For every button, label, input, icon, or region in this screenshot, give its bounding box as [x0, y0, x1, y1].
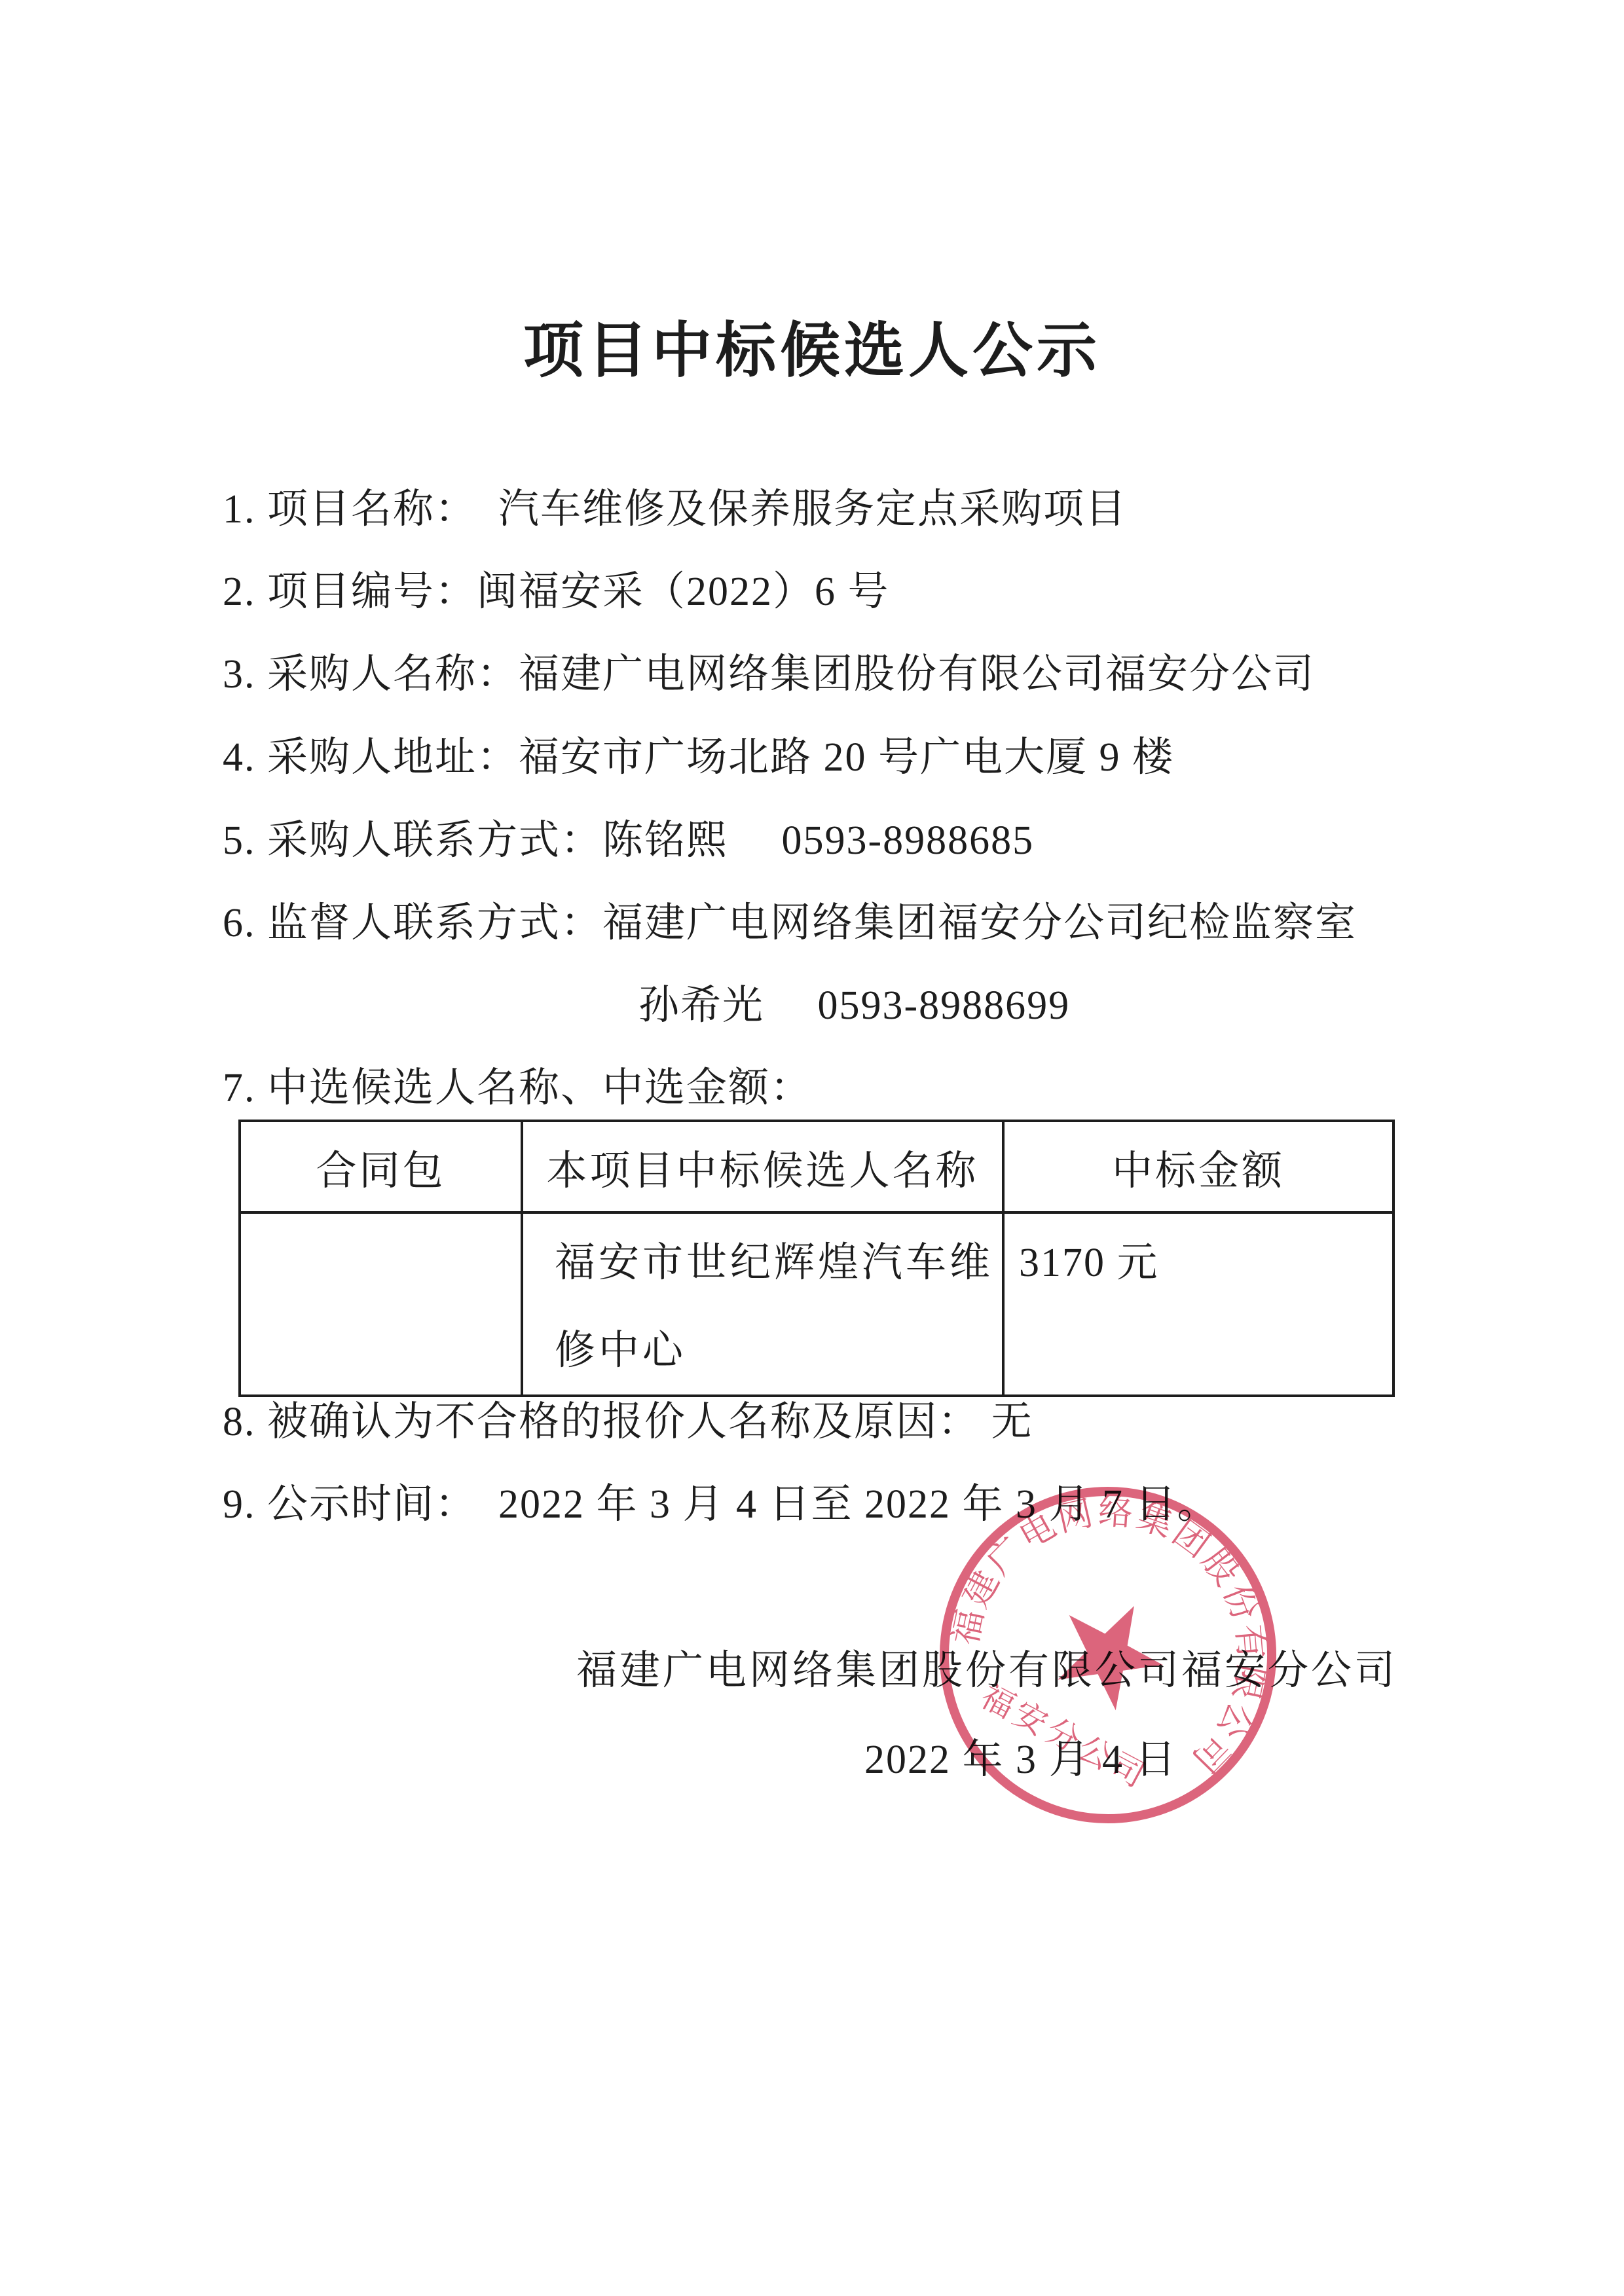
table-row: 福安市世纪辉煌汽车维修中心 3170 元 — [240, 1212, 1393, 1396]
table-header-package: 合同包 — [240, 1121, 522, 1212]
list-item-1-project-name: 1. 项目名称： 汽车维修及保养服务定点采购项目 — [223, 486, 1127, 533]
table-header-row: 合同包 本项目中标候选人名称 中标金额 — [240, 1121, 1393, 1212]
document-page: 项目中标候选人公示 1. 项目名称： 汽车维修及保养服务定点采购项目 2. 项目… — [0, 0, 1624, 2296]
page-title: 项目中标候选人公示 — [0, 302, 1624, 389]
signature-company: 福建广电网络集团股份有限公司福安分公司 — [576, 1647, 1397, 1694]
list-item-6-supervisor-contact-line2: 孙希光 0593-8988699 — [638, 982, 1070, 1029]
list-item-4-purchaser-address: 4. 采购人地址：福安市广场北路 20 号广电大厦 9 楼 — [223, 734, 1174, 781]
table-header-candidate: 本项目中标候选人名称 — [522, 1121, 1003, 1212]
candidates-table: 合同包 本项目中标候选人名称 中标金额 福安市世纪辉煌汽车维修中心 3170 元 — [238, 1120, 1395, 1397]
cell-amount: 3170 元 — [1003, 1212, 1393, 1396]
list-item-9-publicity-period: 9. 公示时间： 2022 年 3 月 4 日至 2022 年 3 月 7 日。 — [223, 1481, 1219, 1528]
cell-package — [240, 1212, 522, 1396]
list-item-5-purchaser-contact: 5. 采购人联系方式：陈铭熙 0593-8988685 — [223, 817, 1034, 864]
list-item-2-project-number: 2. 项目编号：闽福安采（2022）6 号 — [223, 568, 890, 615]
list-item-8-disqualified: 8. 被确认为不合格的报价人名称及原因： 无 — [223, 1398, 1033, 1446]
list-item-6-supervisor-contact: 6. 监督人联系方式：福建广电网络集团福安分公司纪检监察室 — [223, 900, 1357, 947]
signature-date: 2022 年 3 月 4 日 — [864, 1736, 1177, 1783]
cell-candidate: 福安市世纪辉煌汽车维修中心 — [522, 1212, 1003, 1396]
list-item-3-purchaser-name: 3. 采购人名称：福建广电网络集团股份有限公司福安分公司 — [223, 651, 1315, 698]
list-item-7-candidates-heading: 7. 中选候选人名称、中选金额： — [223, 1065, 812, 1112]
table-header-amount: 中标金额 — [1003, 1121, 1393, 1212]
